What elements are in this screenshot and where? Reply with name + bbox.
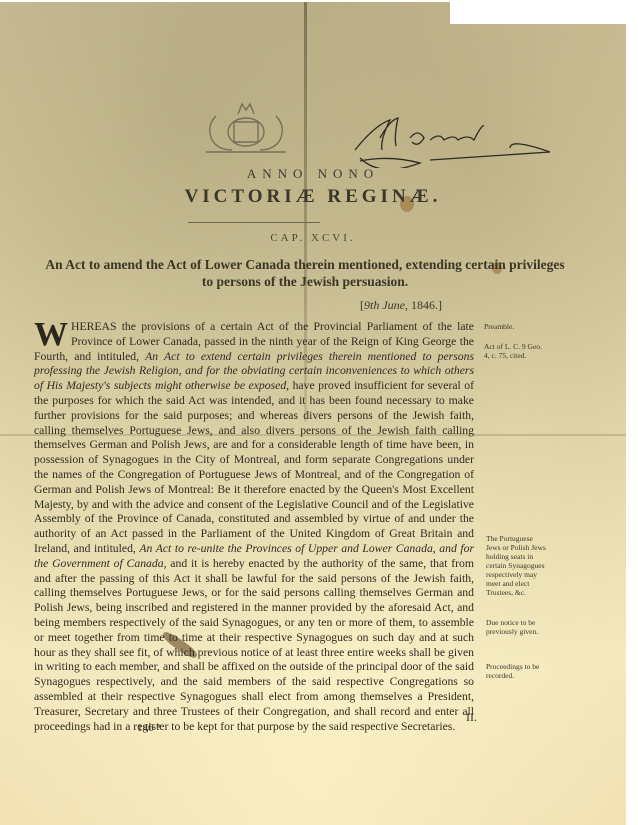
catchword: II. bbox=[466, 710, 477, 725]
divider bbox=[188, 222, 320, 223]
margin-note-act-cited: Act of L. C. 9 Geo. 4, c. 75, cited. bbox=[484, 342, 544, 360]
royal-coat-of-arms-icon bbox=[196, 96, 296, 156]
margin-note-notice: Due notice to be previously given. bbox=[486, 618, 546, 636]
chapter-number: CAP. XCVI. bbox=[0, 232, 626, 244]
enactment-date: [9th June, 1846.] bbox=[360, 298, 442, 313]
handwritten-signature bbox=[350, 108, 570, 168]
drop-cap: W bbox=[34, 321, 68, 349]
act-body: WHEREAS the provisions of a certain Act … bbox=[34, 320, 474, 734]
regnal-year: ANNO NONO bbox=[0, 166, 626, 182]
page-title: VICTORIÆ REGINÆ. bbox=[0, 186, 626, 208]
margin-note-preamble: Preamble. bbox=[484, 322, 544, 331]
torn-corner bbox=[450, 2, 638, 24]
margin-note-proceedings: Proceedings to be recorded. bbox=[486, 662, 546, 680]
act-title: An Act to amend the Act of Lower Canada … bbox=[40, 256, 570, 290]
margin-note-trustees: The Portuguese Jews or Polish Jews holdi… bbox=[486, 534, 546, 597]
page-folio: 146 * bbox=[137, 722, 162, 734]
